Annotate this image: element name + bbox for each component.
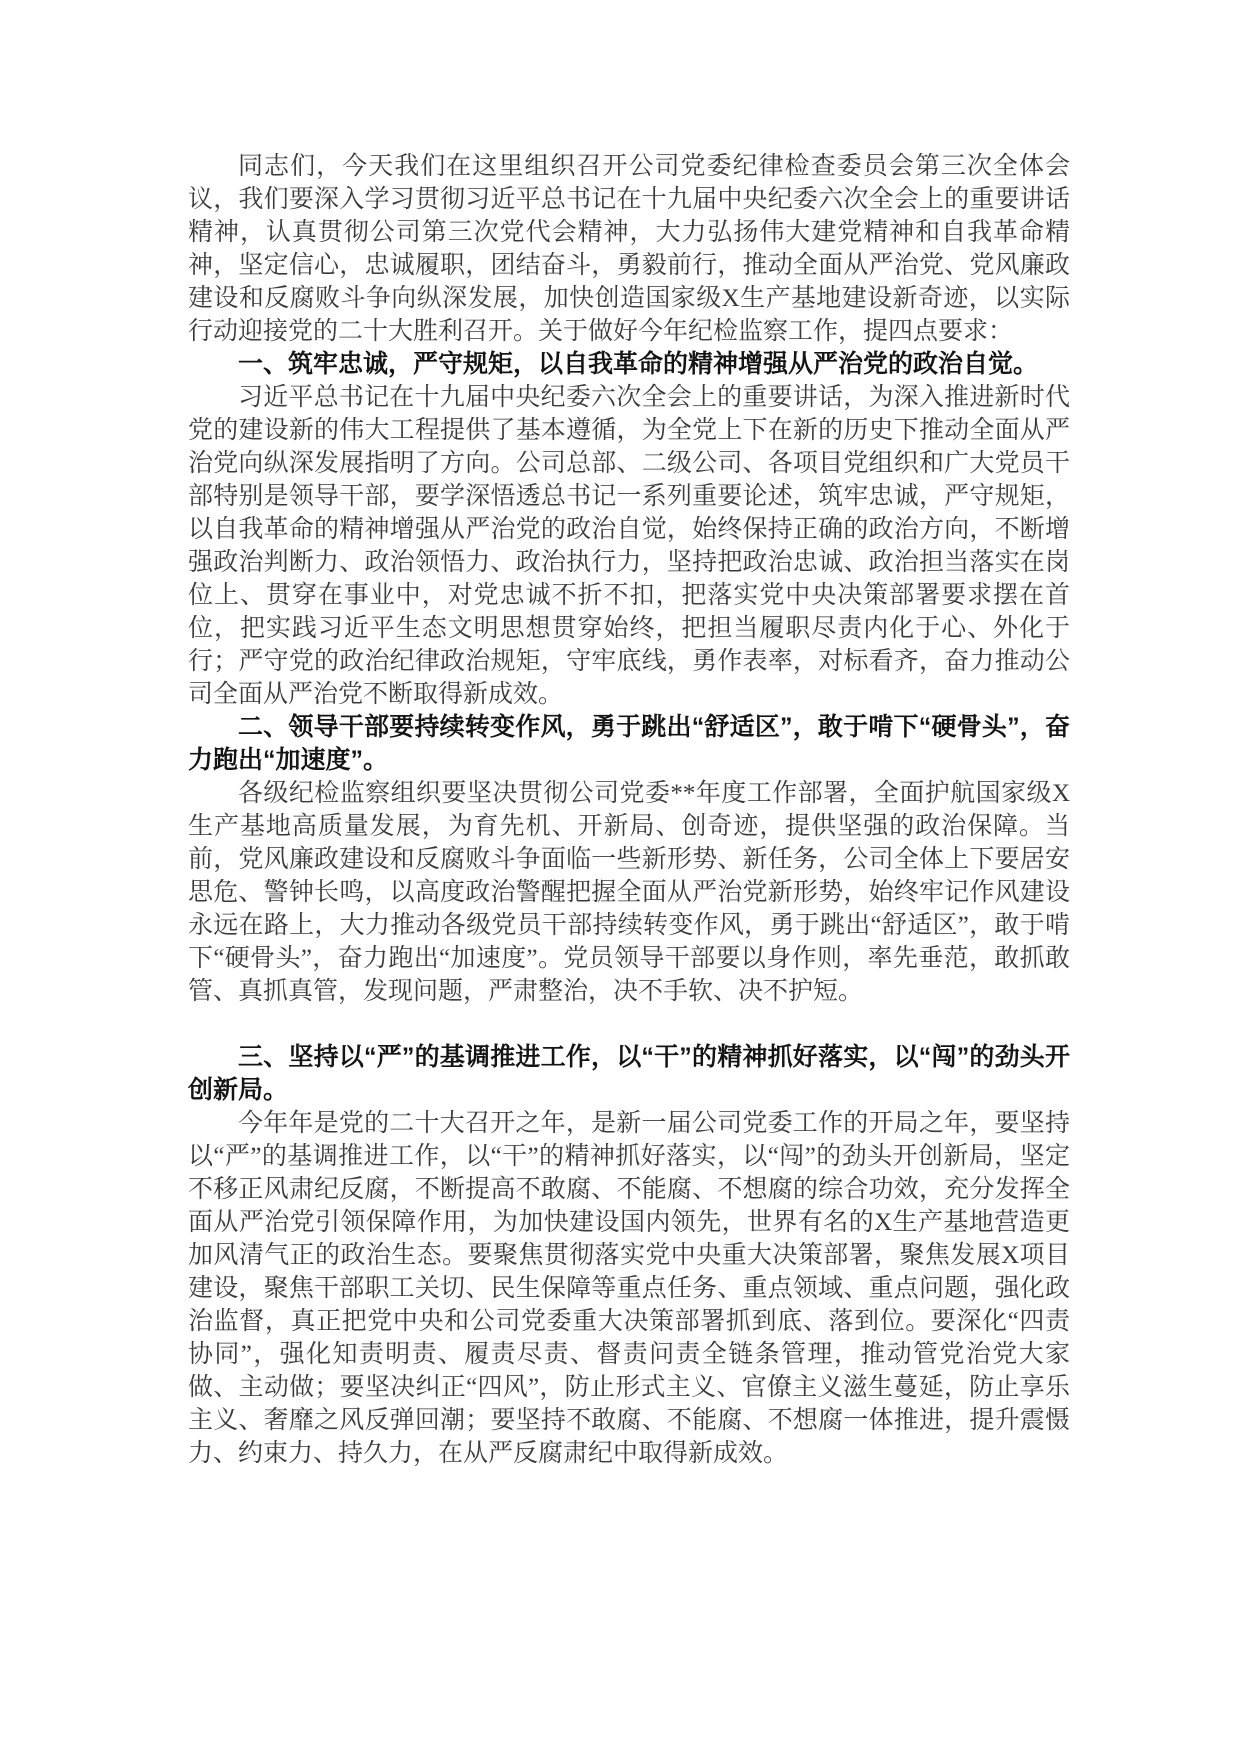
paragraph-intro: 同志们，今天我们在这里组织召开公司党委纪律检查委员会第三次全体会议，我们要深入学… <box>188 150 1070 348</box>
document-page: 同志们，今天我们在这里组织召开公司党委纪律检查委员会第三次全体会议，我们要深入学… <box>0 0 1240 1754</box>
heading-section-2: 二、领导干部要持续转变作风，勇于跳出“舒适区”，敢于啃下“硬骨头”，奋力跑出“加… <box>188 711 1070 777</box>
paragraph-section-2: 各级纪检监察组织要坚决贯彻公司党委**年度工作部署，全面护航国家级X生产基地高质… <box>188 777 1070 1008</box>
document-body: 同志们，今天我们在这里组织召开公司党委纪律检查委员会第三次全体会议，我们要深入学… <box>188 150 1070 1470</box>
paragraph-section-1: 习近平总书记在十九届中央纪委六次全会上的重要讲话，为深入推进新时代党的建设新的伟… <box>188 381 1070 711</box>
heading-section-3: 三、坚持以“严”的基调推进工作，以“干”的精神抓好落实，以“闯”的劲头开创新局。 <box>188 1041 1070 1107</box>
paragraph-section-3: 今年年是党的二十大召开之年，是新一届公司党委工作的开局之年，要坚持以“严”的基调… <box>188 1107 1070 1470</box>
heading-section-1: 一、筑牢忠诚，严守规矩，以自我革命的精神增强从严治党的政治自觉。 <box>188 348 1070 381</box>
